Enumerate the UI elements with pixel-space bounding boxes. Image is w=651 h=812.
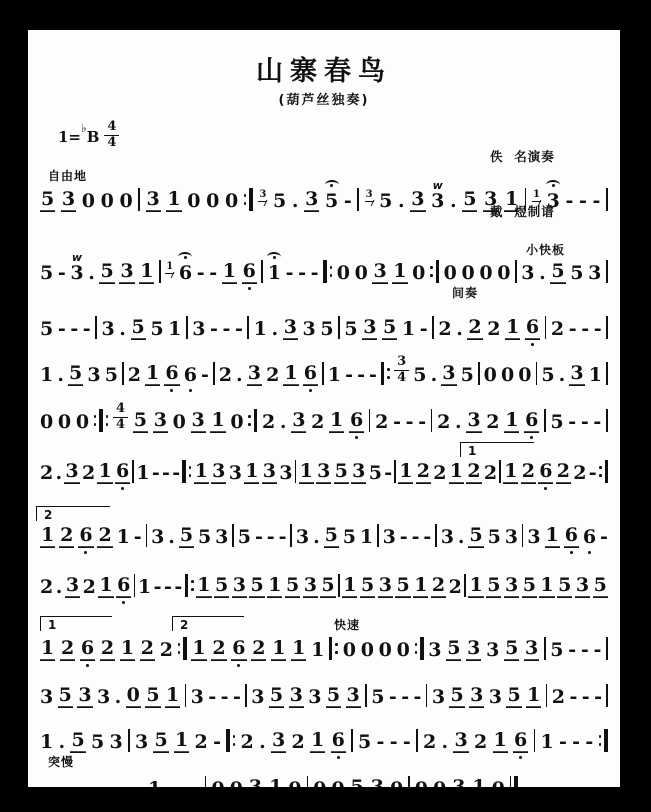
- note-digit: 0: [484, 366, 497, 386]
- note-digit: 5: [522, 576, 537, 598]
- note-digit: -: [384, 464, 392, 484]
- fermata-dot: [552, 184, 555, 187]
- note-token: 3: [428, 641, 441, 661]
- barline-stroke: [536, 362, 538, 385]
- repeat-dots-icon: [178, 643, 181, 653]
- note-token: .: [559, 366, 566, 386]
- note-digit: -: [581, 320, 589, 340]
- dot: [94, 415, 97, 418]
- note-digit: 6: [115, 462, 130, 484]
- note-digit: -: [223, 320, 231, 340]
- note-digit: 3: [432, 688, 445, 708]
- note-token: 5: [461, 366, 474, 386]
- note-digit: 1: [168, 320, 181, 340]
- note-digit: 1: [449, 462, 464, 484]
- barline-stroke: [606, 316, 608, 339]
- note-token: 0: [58, 413, 71, 433]
- note-token: -: [286, 264, 294, 284]
- note-token: 3: [283, 318, 298, 340]
- note-digit: 5: [593, 576, 608, 598]
- note-token: 3: [521, 264, 534, 284]
- note-digit: -: [566, 192, 574, 212]
- barline: [534, 729, 536, 752]
- note-token: 3: [211, 462, 226, 484]
- note-digit: 0: [288, 780, 301, 787]
- note-token: -: [201, 366, 209, 386]
- repeat-dots-icon: [335, 643, 338, 653]
- note-digit: 3: [410, 190, 425, 212]
- note-digit: 2: [474, 733, 487, 753]
- note-digit: 5: [371, 688, 384, 708]
- note-token: 2: [160, 641, 173, 661]
- dot: [599, 735, 602, 738]
- music-line: 1.5533512-2.32165---2.32161---: [40, 727, 608, 753]
- note-token: 3: [383, 528, 396, 548]
- note-digit: 5: [550, 262, 565, 284]
- note-digit: 3: [316, 462, 331, 484]
- note-token: 6: [524, 411, 539, 433]
- note-token: 1: [267, 576, 282, 598]
- note-digit: -: [559, 733, 567, 753]
- note-token: 2: [40, 464, 53, 484]
- note-digit: -: [70, 320, 78, 340]
- note-token: 2: [100, 639, 115, 661]
- note-digit: 0: [501, 366, 514, 386]
- volta-bracket: 1: [460, 442, 534, 457]
- note-digit: -: [423, 528, 431, 548]
- note-token: -: [209, 264, 217, 284]
- credits: 佚 名演奏 戴 煜制谱: [490, 112, 555, 257]
- note-digit: 3: [527, 528, 540, 548]
- note-digit: 3: [251, 688, 264, 708]
- note-digit: 1: [120, 639, 135, 661]
- note-digit: 1: [40, 639, 55, 661]
- note-digit: 0: [412, 264, 425, 284]
- note-token: 1: [539, 576, 554, 598]
- note-token: 2: [128, 366, 141, 386]
- note-digit: 1: [40, 366, 53, 386]
- note-digit: 5: [557, 576, 572, 598]
- meter-denominator: 4: [113, 418, 128, 433]
- barline: [606, 409, 608, 432]
- credit-performer: 佚 名演奏: [490, 148, 555, 166]
- note-token: 1: [271, 639, 286, 661]
- note-digit: .: [57, 366, 64, 386]
- barline-stroke: [186, 316, 188, 339]
- barline: [544, 637, 546, 660]
- note-digit: 3: [77, 686, 92, 708]
- note-token: 3: [64, 462, 79, 484]
- note-token: -: [210, 320, 218, 340]
- note-token: -: [192, 780, 200, 787]
- note-digit: 0: [397, 641, 410, 661]
- note-token: 0: [379, 641, 392, 661]
- grace-note: 1: [165, 262, 174, 274]
- note-token: -: [566, 192, 574, 212]
- note-token: 5: [382, 318, 397, 340]
- note-token: -: [384, 464, 392, 484]
- note-token: 3: [483, 190, 498, 212]
- note-digit: 3: [453, 731, 468, 753]
- note-digit: 3: [489, 688, 502, 708]
- note-digit: 5: [468, 526, 483, 548]
- trill-icon: w: [433, 180, 443, 191]
- note-token: 0: [518, 366, 531, 386]
- note-token: 3: [453, 731, 468, 753]
- note-token: .: [56, 578, 63, 598]
- note-token: 2: [60, 639, 75, 661]
- octave-dot-below: [519, 756, 522, 759]
- barline: [606, 684, 608, 707]
- note-token: 3: [489, 688, 502, 708]
- note-token: 3: [351, 462, 366, 484]
- note-token: 3: [61, 190, 76, 212]
- note-token: -: [403, 733, 411, 753]
- grace-slur-icon: [171, 272, 179, 278]
- note-digit: .: [119, 320, 126, 340]
- note-token: 2: [375, 413, 388, 433]
- note-digit: 3: [383, 528, 396, 548]
- note-digit: 1: [413, 576, 428, 598]
- note-digit: 3: [215, 528, 228, 548]
- note-token: 5: [360, 576, 375, 598]
- barline: [522, 524, 524, 547]
- note-digit: -: [377, 733, 385, 753]
- barline-stroke: [245, 684, 247, 707]
- note-token: 3: [279, 464, 292, 484]
- note-digit: .: [455, 413, 462, 433]
- note-digit: -: [58, 264, 66, 284]
- note-token: 3: [575, 576, 590, 598]
- note-digit: -: [593, 641, 601, 661]
- note-token: 5: [153, 731, 168, 753]
- note-token: 6: [564, 526, 579, 548]
- barline: [338, 316, 340, 339]
- barline-stroke: [606, 409, 608, 432]
- note-digit: 0: [433, 780, 446, 787]
- note-token: 5: [238, 528, 251, 548]
- note-digit: -: [192, 780, 200, 787]
- note-token: -: [589, 464, 597, 484]
- octave-dot-below: [337, 756, 340, 759]
- note-digit: -: [286, 264, 294, 284]
- note-token: -: [311, 264, 319, 284]
- note-token: -: [406, 413, 414, 433]
- barline: [545, 316, 547, 339]
- note-token: 5: [68, 364, 83, 386]
- note-token: -: [582, 688, 590, 708]
- note-digit: 6: [303, 364, 318, 386]
- note-digit: 5: [334, 462, 349, 484]
- dot: [178, 643, 181, 646]
- note-digit: 5: [446, 639, 461, 661]
- note-token: 5: [320, 576, 335, 598]
- note-digit: .: [56, 464, 63, 484]
- note-digit: 2: [311, 413, 324, 433]
- note-token: -: [568, 413, 576, 433]
- dot: [415, 643, 418, 646]
- repeat-dots-icon: [599, 735, 602, 745]
- note-token: 3: [296, 528, 309, 548]
- note-digit: .: [59, 733, 66, 753]
- note-token: 5: [131, 318, 146, 340]
- note-digit: 1: [148, 780, 161, 787]
- repeat-dots-icon: [106, 415, 109, 425]
- sheet-page: 山寨春鸟 (葫芦丝独奏) 1=♭B 4 4 佚 名演奏 戴 煜制谱 530003…: [28, 30, 620, 787]
- barline-stroke: [138, 188, 140, 211]
- note-digit: .: [115, 688, 122, 708]
- note-digit: 5: [99, 262, 114, 284]
- barline-stroke: [605, 460, 608, 483]
- note-digit: -: [209, 264, 217, 284]
- note-digit: 3: [483, 190, 498, 212]
- octave-dot-below: [544, 487, 547, 490]
- note-token: 5: [506, 686, 521, 708]
- dot: [106, 423, 109, 426]
- note-digit: 3: [291, 411, 306, 433]
- dot: [178, 651, 181, 654]
- note-token: 1: [168, 320, 181, 340]
- note-digit: 1: [194, 462, 209, 484]
- octave-dot-below: [570, 551, 573, 554]
- note-digit: 5: [273, 192, 286, 212]
- note-token: 3: [378, 576, 393, 598]
- note-digit: -: [345, 366, 353, 386]
- note-digit: 5: [395, 576, 410, 598]
- barline-stroke: [351, 729, 353, 752]
- note-digit: -: [279, 528, 287, 548]
- note-token: 1: [342, 576, 357, 598]
- barline-stroke: [307, 776, 309, 787]
- note-digit: 6: [349, 411, 364, 433]
- note-token: 2: [211, 639, 226, 661]
- dot: [599, 743, 602, 746]
- barline: [606, 637, 608, 660]
- note-token: 3: [289, 686, 304, 708]
- dot: [106, 415, 109, 418]
- repeat-barline: [178, 637, 187, 660]
- note-token: 0: [211, 780, 224, 787]
- note-digit: 1: [540, 733, 553, 753]
- note-digit: 5: [413, 366, 426, 386]
- note-token: 1: [174, 731, 189, 753]
- note-digit: 6: [525, 318, 540, 340]
- note-token: 3: [191, 688, 204, 708]
- note-token: 5: [325, 192, 338, 212]
- barline-stroke: [365, 684, 367, 707]
- fermata-dot: [273, 256, 276, 259]
- note-token: 6: [583, 528, 596, 548]
- note-digit: 2: [484, 464, 497, 484]
- note-digit: 1: [222, 262, 237, 284]
- dot: [248, 423, 251, 426]
- note-digit: 1: [174, 731, 189, 753]
- barline-stroke: [545, 316, 547, 339]
- barline-stroke: [604, 729, 607, 752]
- note-digit: 3: [466, 639, 481, 661]
- note-digit: 3: [524, 639, 539, 661]
- octave-dot-below: [248, 287, 251, 290]
- note-token: 3: [248, 778, 263, 787]
- barline-stroke: [249, 188, 252, 211]
- note-digit: 2: [375, 413, 388, 433]
- barline: [431, 409, 433, 432]
- note-token: .: [236, 366, 243, 386]
- note-token: 3: [247, 364, 262, 386]
- note-token: 2: [431, 576, 446, 598]
- note-digit: 3: [232, 576, 247, 598]
- note-token: 1: [222, 262, 237, 284]
- key-signature: 1=♭B 4 4: [58, 120, 119, 151]
- note-token: 0: [126, 686, 141, 708]
- note-token: 5: [99, 262, 114, 284]
- note-digit: -: [581, 641, 589, 661]
- note-digit: 5: [325, 192, 338, 212]
- note-digit: 0: [82, 192, 95, 212]
- note-digit: 3: [40, 688, 53, 708]
- grace-slur-icon: [538, 200, 546, 206]
- note-digit: 2: [262, 413, 275, 433]
- note-digit: 0: [230, 780, 243, 787]
- note-token: 0: [40, 413, 53, 433]
- note-digit: 2: [416, 462, 431, 484]
- note-token: 2: [449, 578, 462, 598]
- note-token: -: [162, 464, 170, 484]
- note-token: -: [221, 688, 229, 708]
- note-token: 6: [525, 318, 540, 340]
- note-digit: 3: [262, 462, 277, 484]
- barline: [307, 776, 309, 787]
- note-digit: 2: [573, 464, 586, 484]
- note-digit: 0: [379, 641, 392, 661]
- note-digit: .: [56, 578, 63, 598]
- note-token: 1: [505, 318, 520, 340]
- octave-dot-below: [84, 551, 87, 554]
- note-token: -: [401, 688, 409, 708]
- note-digit: 5: [214, 576, 229, 598]
- note-digit: 5: [382, 318, 397, 340]
- note-digit: 5: [488, 528, 501, 548]
- note-digit: .: [431, 366, 438, 386]
- note-digit: 3: [101, 320, 114, 340]
- barline: [159, 260, 161, 283]
- note-token: 2: [59, 526, 74, 548]
- note-token: 1: [360, 528, 373, 548]
- note-token: 5: [70, 731, 85, 753]
- note-digit: .: [458, 528, 465, 548]
- note-token: 5: [40, 190, 55, 212]
- tempo-label: 快速: [334, 619, 360, 631]
- page-subtitle: (葫芦丝独奏): [28, 94, 620, 107]
- note-digit: -: [418, 413, 426, 433]
- barline: [128, 729, 130, 752]
- note-digit: .: [450, 192, 457, 212]
- note-digit: 0: [355, 264, 368, 284]
- note-digit: 2: [195, 733, 208, 753]
- note-digit: -: [600, 528, 608, 548]
- note-digit: 1: [310, 731, 325, 753]
- note-token: -: [357, 366, 365, 386]
- barline: [186, 316, 188, 339]
- note-digit: 2: [40, 464, 53, 484]
- note-digit: 3: [247, 364, 262, 386]
- note-token: .: [292, 192, 299, 212]
- note-digit: 1: [493, 731, 508, 753]
- note-digit: 1: [526, 686, 541, 708]
- note-digit: 5: [40, 264, 53, 284]
- note-token: 3: [110, 733, 123, 753]
- note-digit: -: [154, 578, 162, 598]
- note-digit: 5: [326, 686, 341, 708]
- barline: [295, 460, 297, 483]
- note-token: 3w: [431, 192, 444, 212]
- note-token: 1: [398, 462, 413, 484]
- barline: [478, 362, 480, 385]
- barline: [185, 684, 187, 707]
- note-token: -: [559, 733, 567, 753]
- note-token: -: [389, 688, 397, 708]
- note-digit: 3: [304, 190, 319, 212]
- note-digit: 5: [40, 320, 53, 340]
- barline: [435, 524, 437, 547]
- note-token: 1: [526, 686, 541, 708]
- note-token: 1: [545, 526, 560, 548]
- note-token: 0: [119, 192, 132, 212]
- note-digit: -: [400, 528, 408, 548]
- note-token: 3: [469, 686, 484, 708]
- note-token: 2: [437, 413, 450, 433]
- note-token: 3: [466, 411, 481, 433]
- music-line: 1262122126211100003533535---: [40, 635, 608, 661]
- barline-stroke: [247, 316, 249, 339]
- note-token: -: [600, 528, 608, 548]
- octave-dot-below: [237, 664, 240, 667]
- tempo-label: 自由地: [48, 170, 87, 182]
- barline: [544, 409, 546, 432]
- grace-note: 3: [258, 190, 267, 202]
- note-token: 6: [331, 731, 346, 753]
- note-digit: 3: [486, 641, 499, 661]
- note-token: 5: [446, 639, 461, 661]
- note-token: 2: [467, 318, 482, 340]
- repeat-dots-icon: [415, 643, 418, 653]
- note-digit: 1: [299, 462, 314, 484]
- note-digit: 0: [206, 192, 219, 212]
- note-token: 3: [77, 686, 92, 708]
- note-token: 3: [303, 320, 316, 340]
- repeat-barline: [430, 260, 439, 283]
- note-digit: 3: [119, 262, 134, 284]
- note-digit: 6: [231, 639, 246, 661]
- note-digit: 6: [583, 528, 596, 548]
- note-digit: 2: [423, 733, 436, 753]
- barline-stroke: [290, 524, 292, 547]
- note-digit: 1: [545, 526, 560, 548]
- barline: [365, 684, 367, 707]
- note-digit: 2: [100, 639, 115, 661]
- note-token: 3: [432, 688, 445, 708]
- note-token: .: [442, 733, 449, 753]
- note-digit: 5: [145, 686, 160, 708]
- repeat-barline: [248, 409, 257, 432]
- note-token: 3: [146, 190, 161, 212]
- note-token: -: [70, 320, 78, 340]
- barline: [464, 574, 466, 597]
- note-token: -: [568, 641, 576, 661]
- note-token: 1: [310, 731, 325, 753]
- note-digit: 1: [165, 686, 180, 708]
- note-digit: 3: [547, 192, 560, 212]
